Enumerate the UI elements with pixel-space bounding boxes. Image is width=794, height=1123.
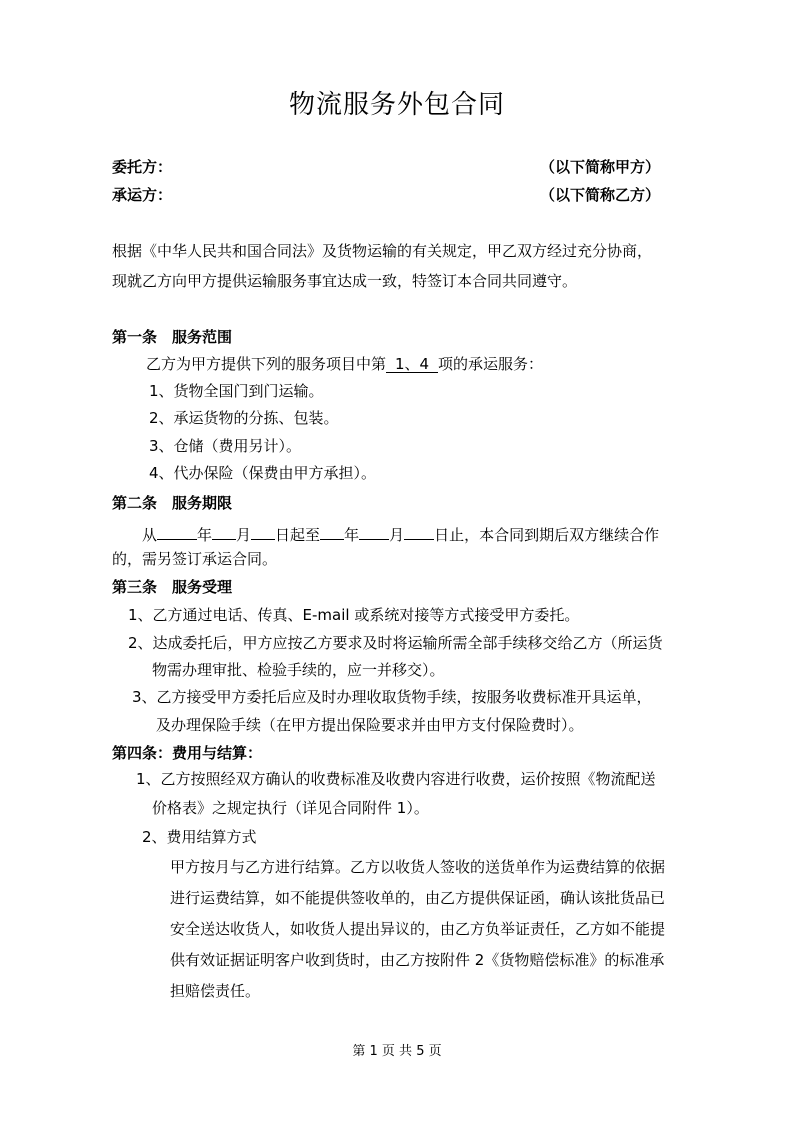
article-4-item-2-line-4: 供有效证据证明客户收到货时，由乙方按附件 2《货物赔偿标准》的标准承 — [170, 953, 664, 968]
party-b-alias: （以下简称乙方） — [540, 188, 660, 203]
article-1-heading: 第一条 服务范围 — [112, 330, 232, 345]
article-4-item-2-line-1: 甲方按月与乙方进行结算。乙方以收货人签收的送货单作为运费结算的依据 — [170, 860, 665, 875]
article-2-line-2: 的，需另签订承运合同。 — [112, 552, 277, 567]
preamble-line-2: 现就乙方向甲方提供运输服务事宜达成一致，特签订本合同共同遵守。 — [112, 274, 577, 289]
article-4-heading: 第四条：费用与结算： — [112, 746, 262, 761]
article-3-heading: 第三条 服务受理 — [112, 580, 232, 595]
article-3-item-1: 1、乙方通过电话、传真、E-mail 或系统对接等方式接受甲方委托。 — [128, 608, 579, 623]
article-4-item-2-line-3: 安全送达收货人，如收货人提出异议的，由乙方负举证责任，乙方如不能提 — [170, 922, 665, 937]
text-day-start: 日起至 — [275, 526, 320, 544]
article-1-item-3: 3、仓储（费用另计）。 — [149, 439, 301, 454]
text-day-end: 日止，本合同到期后双方继续合作 — [434, 526, 659, 544]
blank-start-day — [251, 524, 275, 540]
article-3-item-3: 3、乙方接受甲方委托后应及时办理收取货物手续，按服务收费标准开具运单， — [132, 690, 652, 705]
article-4-item-1-cont: 价格表》之规定执行（详见合同附件 1）。 — [152, 801, 429, 816]
article-4-item-2-line-5: 担赔偿责任。 — [170, 984, 260, 999]
article-4-item-2-line-2: 进行运费结算，如不能提供签收单的，由乙方提供保证函，确认该批货品已 — [170, 891, 665, 906]
party-b-label: 承运方： — [112, 188, 172, 203]
page-footer: 第 1 页 共 5 页 — [0, 1045, 794, 1058]
blank-start-year — [157, 524, 197, 540]
blank-start-month — [212, 524, 236, 540]
text-year: 年 — [197, 526, 212, 544]
article-1-intro-before: 乙方为甲方提供下列的服务项目中第 — [146, 355, 386, 373]
blank-end-day — [404, 524, 434, 540]
text-year-2: 年 — [344, 526, 359, 544]
article-2-heading: 第二条 服务期限 — [112, 496, 232, 511]
article-3-item-2-cont: 物需办理审批、检验手续的，应一并移交）。 — [152, 663, 445, 678]
article-4-item-1: 1、乙方按照经双方确认的收费标准及收费内容进行收费，运价按照《物流配送 — [136, 772, 656, 787]
text-from: 从 — [142, 526, 157, 544]
article-3-item-2: 2、达成委托后，甲方应按乙方要求及时将运输所需全部手续移交给乙方（所运货 — [128, 636, 663, 651]
article-3-item-3-cont: 及办理保险手续（在甲方提出保险要求并由甲方支付保险费时）。 — [156, 718, 584, 733]
party-a-label: 委托方： — [112, 160, 172, 175]
party-a-alias: （以下简称甲方） — [540, 160, 660, 175]
article-1-items-blank: 1、4 — [386, 357, 438, 373]
article-1-intro-after: 项的承运服务： — [438, 355, 543, 373]
blank-end-year — [320, 524, 344, 540]
text-month-2: 月 — [389, 526, 404, 544]
article-1-item-2: 2、承运货物的分拣、包装。 — [149, 411, 339, 426]
article-1-item-1: 1、货物全国门到门运输。 — [149, 384, 324, 399]
preamble-line-1: 根据《中华人民共和国合同法》及货物运输的有关规定，甲乙双方经过充分协商， — [112, 244, 652, 259]
article-1-intro: 乙方为甲方提供下列的服务项目中第1、4项的承运服务： — [146, 357, 543, 373]
document-title: 物流服务外包合同 — [0, 92, 794, 118]
text-month: 月 — [236, 526, 251, 544]
blank-end-month — [359, 524, 389, 540]
article-4-item-2-title: 2、费用结算方式 — [142, 830, 257, 845]
article-1-item-4: 4、代办保险（保费由甲方承担）。 — [149, 466, 376, 481]
article-2-line-1: 从年月日起至年月日止，本合同到期后双方继续合作 — [142, 524, 659, 543]
